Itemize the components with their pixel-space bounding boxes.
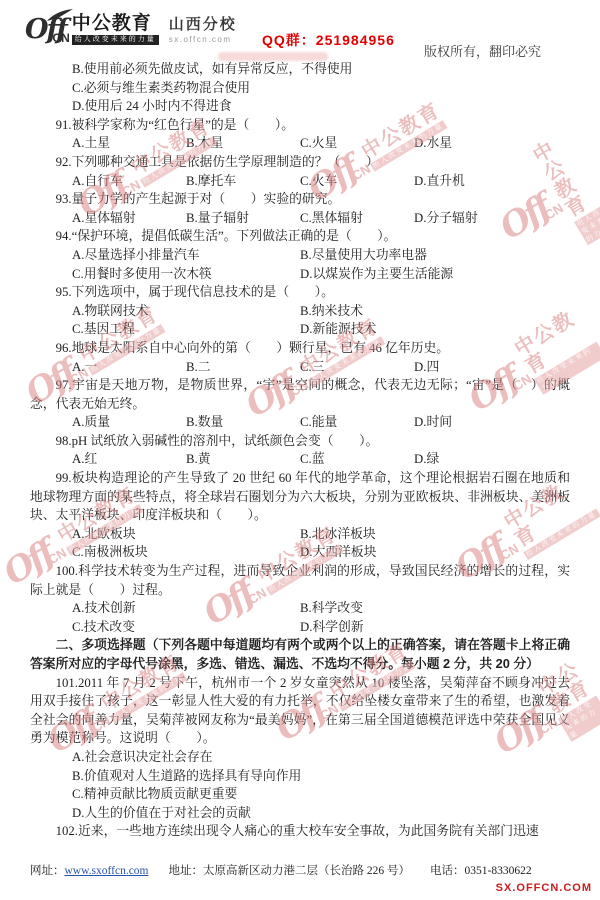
option: D.时间: [414, 413, 570, 432]
logo-swoosh-icon: [46, 9, 74, 22]
option: D.分子辐射: [414, 209, 570, 228]
option: B.木星: [186, 134, 300, 153]
question-stem: 100.科学技术转变为生产过程，进而导致企业利润的形成，导致国民经济的增长的过程…: [30, 562, 570, 599]
option: A.红: [72, 450, 186, 469]
question-stem: 99.板块构造理论的产生导致了 20 世纪 60 年代的地学革命，这个理论根据岩…: [30, 469, 570, 525]
question-stem: 101.2011 年 7 月 2 号下午，杭州市一个 2 岁女童突然从 10 楼…: [30, 674, 570, 748]
section-heading: 二、多项选择题（下列各题中每道题均有两个或两个以上的正确答案，请在答题卡上将正确…: [30, 636, 570, 673]
option: D.使用后 24 小时内不得进食: [72, 97, 570, 116]
footer-site-label: 网址：: [30, 865, 65, 877]
option: D.水星: [414, 134, 570, 153]
logo-tagline: 给人改变未来的力量: [72, 35, 159, 45]
option: D.科学创新: [300, 618, 570, 637]
question-stem: 94.“保护环境，提倡低碳生活”。下列做法正确的是（ ）。: [30, 227, 570, 246]
branch-site: sx.offcn.com: [169, 35, 237, 44]
option: C.蓝: [300, 450, 414, 469]
option: A.星体辐射: [72, 209, 186, 228]
page-header: Off CN 中公教育 给人改变未来的力量 山西分校 sx.offcn.com …: [0, 0, 600, 58]
options-row: A.一B.二C.三D.四: [30, 358, 570, 377]
logo-company-name: 中公教育: [72, 14, 152, 34]
logo-branch-block: 山西分校 sx.offcn.com: [169, 16, 237, 44]
options-row: A.技术创新B.科学改变C.技术改变D.科学创新: [30, 599, 570, 636]
option: D.大西洋板块: [300, 543, 570, 562]
option: D.绿: [414, 450, 570, 469]
question-stem: 96.地球是太阳系自中心向外的第（ ）颗行星，已有 46 亿年历史。: [30, 339, 570, 358]
question-stem: 97.宇宙是天地万物，是物质世界，“宇”是空间的概念，代表无边无际；“宙”是（ …: [30, 376, 570, 413]
option: D.人生的价值在于对社会的贡献: [72, 804, 570, 823]
option: C.能量: [300, 413, 414, 432]
option: C.南极洲板块: [72, 543, 300, 562]
option: D.四: [414, 358, 570, 377]
option: B.使用前必须先做皮试，如有异常反应，不得使用: [72, 60, 570, 79]
options-row: A.土星B.木星C.火星D.水星: [30, 134, 570, 153]
footer-brand: SX.OFFCN.COM: [496, 882, 592, 894]
page-footer: 网址：www.sxoffcn.com 地址：太原高新区动力港二层（长治路 226…: [30, 862, 570, 878]
option: C.黑体辐射: [300, 209, 414, 228]
option: B.量子辐射: [186, 209, 300, 228]
option: B.纳米技术: [300, 302, 570, 321]
question-stem: 93.量子力学的产生起源于对（ ）实验的研究。: [30, 190, 570, 209]
option: C.火车: [300, 172, 414, 191]
option: B.科学改变: [300, 599, 570, 618]
paragraph: 102.近来，一些地方连续出现令人痛心的重大校车安全事故，为此国务院有关部门迅速: [30, 822, 570, 841]
option: A.质量: [72, 413, 186, 432]
option: B.摩托车: [186, 172, 300, 191]
option: C.火星: [300, 134, 414, 153]
copyright-notice: 版权所有，翻印必究: [424, 41, 541, 60]
options-row: A.物联网技术B.纳米技术C.基因工程D.新能源技术: [30, 302, 570, 339]
option: C.三: [300, 358, 414, 377]
option: A.技术创新: [72, 599, 300, 618]
watermark-tagline: 给人改变未来的力量: [574, 202, 600, 245]
option: A.北欧板块: [72, 525, 300, 544]
option: C.用餐时多使用一次木筷: [72, 265, 300, 284]
question-stem: 95.下列选项中，属于现代信息技术的是（ ）。: [30, 283, 570, 302]
option: A.自行车: [72, 172, 186, 191]
footer-site: 网址：www.sxoffcn.com: [30, 862, 149, 878]
option: A.一: [72, 358, 186, 377]
qq-group-text: QQ群：251984956: [262, 30, 395, 50]
logo-name-block: 中公教育 给人改变未来的力量: [72, 14, 159, 45]
options-row: B.使用前必须先做皮试，如有异常反应，不得使用C.必须与维生素类药物混合使用D.…: [30, 60, 570, 116]
option: C.必须与维生素类药物混合使用: [72, 79, 570, 98]
option: A.物联网技术: [72, 302, 300, 321]
exam-page: Off CN 中公教育 给人改变未来的力量 山西分校 sx.offcn.com …: [0, 0, 600, 900]
document-body: B.使用前必须先做皮试，如有异常反应，不得使用C.必须与维生素类药物混合使用D.…: [30, 60, 570, 841]
options-row: A.尽量选择小排量汽车B.尽量使用大功率电器C.用餐时多使用一次木筷D.以煤炭作…: [30, 246, 570, 283]
option: B.尽量使用大功率电器: [300, 246, 570, 265]
option: D.以煤炭作为主要生活能源: [300, 265, 570, 284]
question-stem: 98.pH 试纸放入弱碱性的溶剂中，试纸颜色会变（ ）。: [30, 432, 570, 451]
branch-name: 山西分校: [169, 16, 237, 33]
option: B.黄: [186, 450, 300, 469]
option: B.北冰洋板块: [300, 525, 570, 544]
options-row: A.北欧板块B.北冰洋板块C.南极洲板块D.大西洋板块: [30, 525, 570, 562]
option: B.数量: [186, 413, 300, 432]
option: C.技术改变: [72, 618, 300, 637]
option: D.新能源技术: [300, 320, 570, 339]
question-stem: 91.被科学家称为“红色行星”的是（ ）。: [30, 116, 570, 135]
logo-cn-text: CN: [52, 31, 69, 45]
option: D.直升机: [414, 172, 570, 191]
option: B.价值观对人生道路的选择具有导向作用: [72, 767, 570, 786]
option: A.土星: [72, 134, 186, 153]
option: C.精神贡献比物质贡献更重要: [72, 785, 570, 804]
footer-address: 地址：太原高新区动力港二层（长治路 226 号）: [169, 862, 411, 878]
footer-phone: 电话：0351-8330622: [430, 862, 532, 878]
options-row: A.星体辐射B.量子辐射C.黑体辐射D.分子辐射: [30, 209, 570, 228]
footer-site-link[interactable]: www.sxoffcn.com: [65, 865, 149, 877]
options-row: A.红B.黄C.蓝D.绿: [30, 450, 570, 469]
offcn-logo: Off CN 中公教育 给人改变未来的力量 山西分校 sx.offcn.com: [25, 14, 237, 45]
question-stem: 92.下列哪种交通工具是依据仿生学原理制造的？（ ）: [30, 153, 570, 172]
offcn-logo-mark: Off CN: [25, 16, 66, 43]
option: A.社会意识决定社会存在: [72, 748, 570, 767]
option: C.基因工程: [72, 320, 300, 339]
options-row: A.自行车B.摩托车C.火车D.直升机: [30, 172, 570, 191]
options-row: A.质量B.数量C.能量D.时间: [30, 413, 570, 432]
option: B.二: [186, 358, 300, 377]
options-row: A.社会意识决定社会存在B.价值观对人生道路的选择具有导向作用C.精神贡献比物质…: [30, 748, 570, 822]
option: A.尽量选择小排量汽车: [72, 246, 300, 265]
